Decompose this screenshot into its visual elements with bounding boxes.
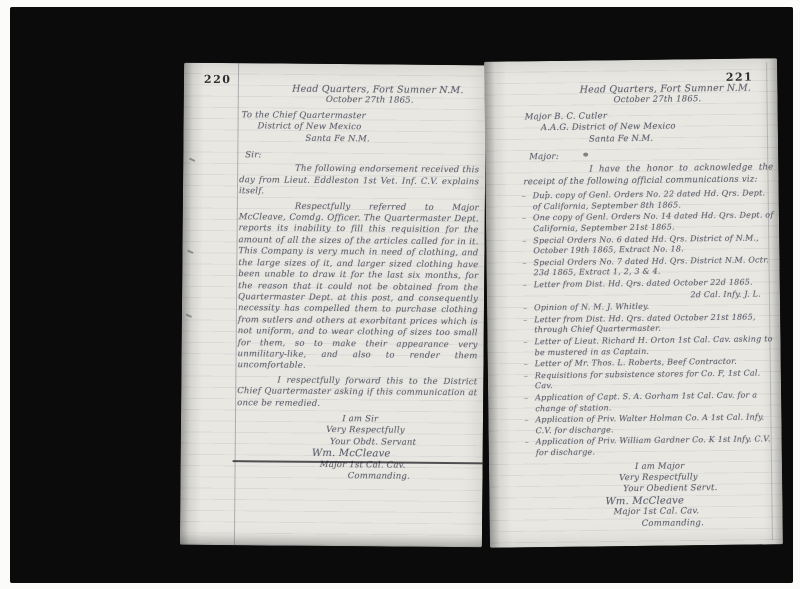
ink-blot <box>583 153 588 157</box>
communications-list: Dup. copy of Genl. Orders No. 22 dated H… <box>524 189 777 459</box>
letter-left: Head Quarters, Fort Sumner N.M. October … <box>236 83 479 483</box>
register-entry: Dup. copy of Genl. Orders No. 22 dated H… <box>524 189 774 213</box>
signature-name: Wm. McCleave <box>312 448 477 461</box>
ink-blot <box>546 191 548 193</box>
signature-command: Commanding. <box>348 471 477 484</box>
check-mark <box>189 158 195 162</box>
salutation: Sir: <box>245 150 479 163</box>
check-mark <box>187 250 193 254</box>
check-mark <box>186 314 192 318</box>
register-entry: Special Orders No. 7 dated Hd. Qrs. Dist… <box>524 255 774 279</box>
register-entry: Requisitions for subsistence stores for … <box>526 368 776 392</box>
register-entry: Special Orders No. 6 dated Hd. Qrs. Dist… <box>524 233 774 257</box>
register-entry: One copy of Genl. Orders No. 14 dated Hd… <box>524 211 774 235</box>
signature-block: I am Major Very Respectfully Your Obedie… <box>597 460 778 531</box>
paragraph: I respectfully forward this to the Distr… <box>237 375 477 411</box>
page-221: 221 Head Quarters, Fort Sumner N.M. Octo… <box>484 58 783 548</box>
film-frame: 220 Head Quarters, Fort Sumner N.M. Octo… <box>10 7 793 583</box>
address-line: Santa Fe N.M. <box>589 132 773 146</box>
register-entry: Application of Capt. S. A. Gorham 1st Ca… <box>526 390 776 414</box>
paragraph: The following endorsement received this … <box>239 164 479 200</box>
register-entry: Letter of Lieut. Richard H. Orton 1st Ca… <box>525 334 775 358</box>
paragraph: I have the honor to acknowledge the rece… <box>523 163 773 189</box>
microfilm-scan: 220 Head Quarters, Fort Sumner N.M. Octo… <box>0 0 800 589</box>
paragraph-endorsement: Respectfully referred to Major McCleave,… <box>237 201 478 374</box>
letter-date: October 27th 1865. <box>240 95 480 109</box>
page-number-left: 220 <box>204 73 232 86</box>
salutation: Major: <box>529 149 773 163</box>
closing-line: Very Respectfully <box>326 425 477 438</box>
letter-right: Head Quarters, Fort Sumner N.M. October … <box>522 82 777 531</box>
page-220: 220 Head Quarters, Fort Sumner N.M. Octo… <box>180 63 486 548</box>
address-line: District of New Mexico <box>257 122 479 135</box>
register-entry: Application of Priv. Walter Holman Co. A… <box>526 412 776 436</box>
register-entry: Application of Priv. William Gardner Co.… <box>527 435 777 459</box>
register-entry: Letter from Dist. Hd. Qrs. dated October… <box>525 312 775 336</box>
address-line: Santa Fe N.M. <box>305 133 479 146</box>
signature-command: Commanding. <box>642 517 778 530</box>
letter-date: October 27th 1865. <box>522 94 772 108</box>
signature-block: I am Sir Very Respectfully Your Obdt. Se… <box>304 414 477 484</box>
